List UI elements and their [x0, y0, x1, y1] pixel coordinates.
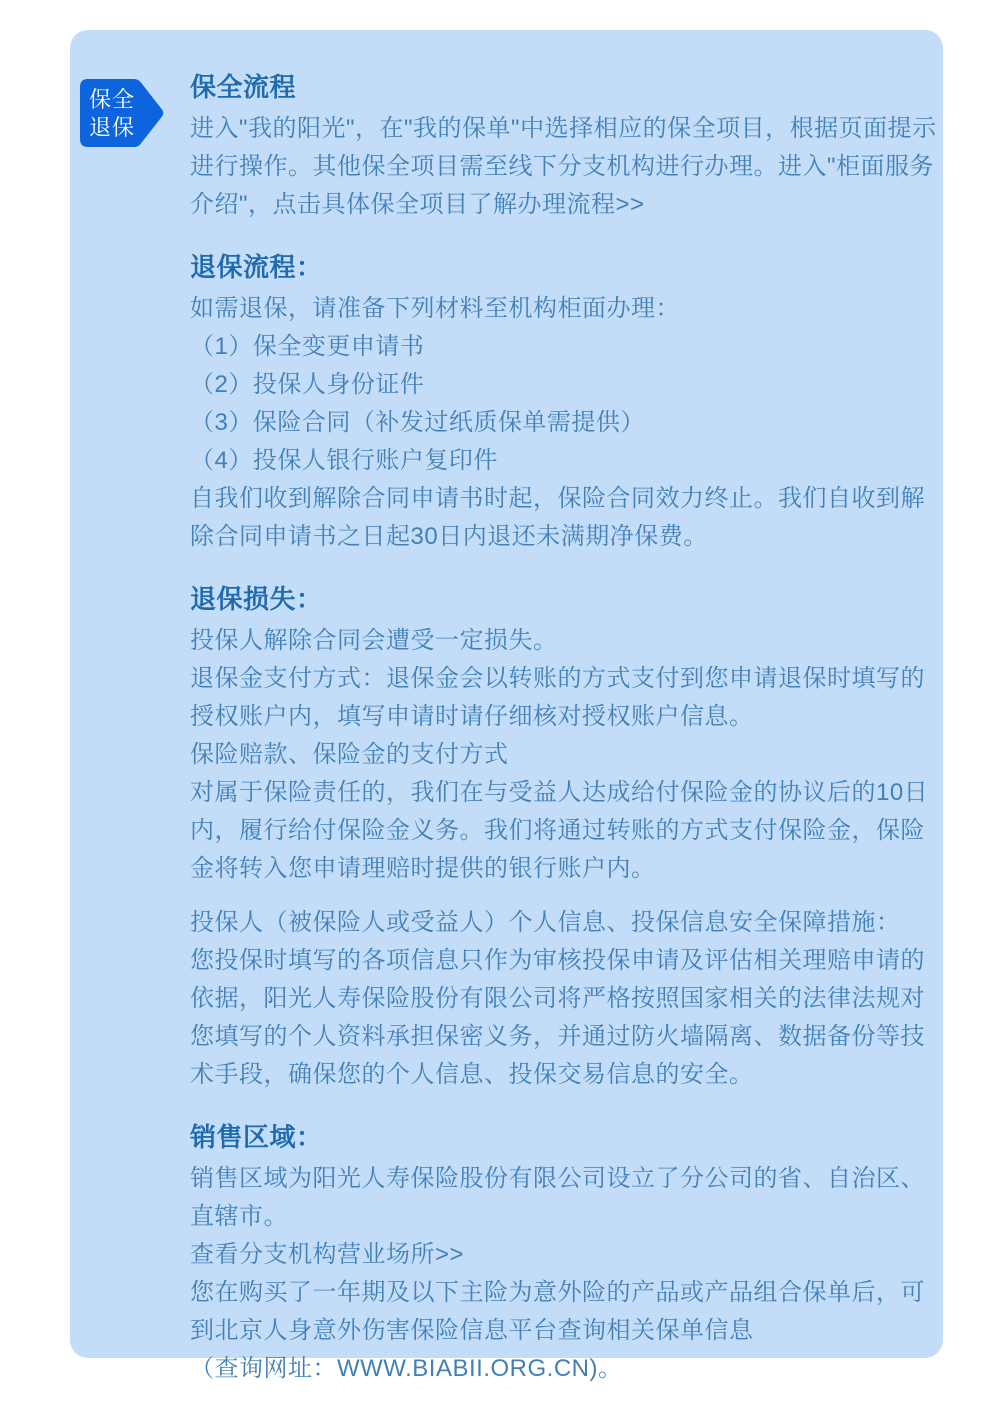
material-list-item: （3）保险合同（补发过纸质保单需提供） — [190, 404, 943, 442]
section-privacy-protection: 投保人（被保险人或受益人）个人信息、投保信息安全保障措施： 您投保时填写的各项信… — [190, 904, 943, 1094]
panel-content: 保全流程 进入"我的阳光"，在"我的保单"中选择相应的保全项目，根据页面提示进行… — [190, 70, 943, 1388]
section-surrender-loss: 退保损失： 投保人解除合同会遭受一定损失。 退保金支付方式：退保金会以转账的方式… — [190, 582, 943, 888]
service-info-panel: 保全 退保 保全流程 进入"我的阳光"，在"我的保单"中选择相应的保全项目，根据… — [70, 30, 943, 1358]
material-list-item: （2）投保人身份证件 — [190, 366, 943, 404]
privacy-paragraph: 您投保时填写的各项信息只作为审核投保申请及评估相关理赔申请的依据，阳光人寿保险股… — [190, 942, 943, 1094]
section-heading: 退保损失： — [190, 582, 943, 616]
claim-payment-title: 保险赔款、保险金的支付方式 — [190, 736, 943, 774]
loss-paragraph: 投保人解除合同会遭受一定损失。 — [190, 622, 943, 660]
branch-offices-link-row: 查看分支机构营业场所>> — [190, 1236, 943, 1274]
section-preservation-process: 保全流程 进入"我的阳光"，在"我的保单"中选择相应的保全项目，根据页面提示进行… — [190, 70, 943, 224]
material-list-item: （4）投保人银行账户复印件 — [190, 442, 943, 480]
section-surrender-process: 退保流程： 如需退保，请准备下列材料至机构柜面办理： （1）保全变更申请书 （2… — [190, 250, 943, 556]
branch-offices-link[interactable]: 查看分支机构营业场所>> — [190, 1241, 464, 1268]
refund-payment-paragraph: 退保金支付方式：退保金会以转账的方式支付到您申请退保时填写的授权账户内，填写申请… — [190, 660, 943, 736]
tab-label-line1: 保全 — [89, 87, 135, 112]
section-paragraph: 进入"我的阳光"，在"我的保单"中选择相应的保全项目，根据页面提示进行操作。其他… — [190, 110, 943, 224]
page: 保全 退保 保全流程 进入"我的阳光"，在"我的保单"中选择相应的保全项目，根据… — [0, 0, 990, 1410]
sales-region-paragraph: 销售区域为阳光人寿保险股份有限公司设立了分公司的省、自治区、直辖市。 — [190, 1160, 943, 1236]
accident-policy-paragraph: 您在购买了一年期及以下主险为意外险的产品或产品组合保单后，可到北京人身意外伤害保… — [190, 1274, 943, 1350]
claim-payment-paragraph: 对属于保险责任的，我们在与受益人达成给付保险金的协议后的10日内，履行给付保险金… — [190, 774, 943, 888]
preservation-process-link[interactable]: 点击具体保全项目了解办理流程>> — [273, 191, 645, 218]
query-url-paragraph: （查询网址：WWW.BIABII.ORG.CN)。 — [190, 1350, 943, 1388]
privacy-title: 投保人（被保险人或受益人）个人信息、投保信息安全保障措施： — [190, 904, 943, 942]
material-list-item: （1）保全变更申请书 — [190, 328, 943, 366]
section-heading: 销售区域： — [190, 1120, 943, 1154]
preservation-surrender-tab[interactable]: 保全 退保 — [76, 77, 166, 149]
section-heading: 退保流程： — [190, 250, 943, 284]
section-sales-region: 销售区域： 销售区域为阳光人寿保险股份有限公司设立了分公司的省、自治区、直辖市。… — [190, 1120, 943, 1388]
surrender-outro: 自我们收到解除合同申请书时起，保险合同效力终止。我们自收到解除合同申请书之日起3… — [190, 480, 943, 556]
tab-label-line2: 退保 — [89, 115, 135, 140]
surrender-intro: 如需退保，请准备下列材料至机构柜面办理： — [190, 290, 943, 328]
section-heading: 保全流程 — [190, 70, 943, 104]
